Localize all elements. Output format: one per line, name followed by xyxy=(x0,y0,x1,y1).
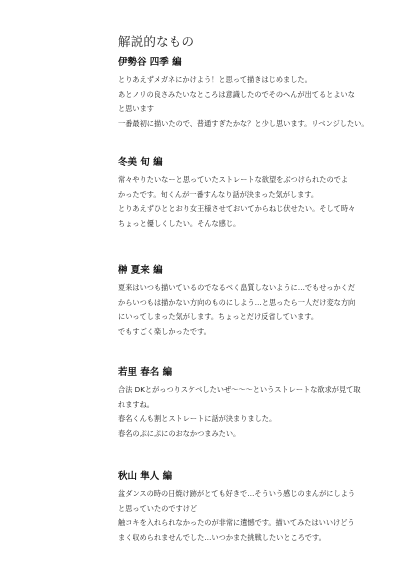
section-line: ちょっと優しくしたい。そんな感じ。 xyxy=(118,217,393,232)
section-line: かったです。旬くんが一番すんなり話が決まった気がします。 xyxy=(118,188,393,203)
section-heading: 若里 春名 編 xyxy=(118,364,393,378)
section-heading: 伊勢谷 四季 編 xyxy=(118,54,393,68)
section-line: にいってしまった気がします。ちょっとだけ反省しています。 xyxy=(118,310,393,325)
section-akiyama-hayato: 秋山 隼人 編 盆ダンスの時の日焼け跡がとても好きで…そういう感じのまんがにしよ… xyxy=(118,468,393,545)
section-line: 夏来はいつも描いているのでなるべく畠質しないように…でもせっかくだ xyxy=(118,281,393,296)
section-heading: 秋山 隼人 編 xyxy=(118,468,393,482)
section-line: 触コキを入れられなかったのが非常に遺憾です。描いてみたはいいけどう xyxy=(118,516,393,531)
section-fuyumi-jun: 冬美 旬 編 常々やりたいなーと思っていたストレートな欲望をぶつけられたのでよ … xyxy=(118,154,393,231)
section-line: 常々やりたいなーと思っていたストレートな欲望をぶつけられたのでよ xyxy=(118,173,393,188)
section-line: 春名のぷにぷにのおなかつまみたい。 xyxy=(118,427,393,442)
section-line: まく収められませんでした…いつかまた挑戦したいところです。 xyxy=(118,531,393,546)
section-wakazato-haruna: 若里 春名 編 合法 DKとがっつりスケベしたいぜ〜〜〜というストレートな欲求が… xyxy=(118,364,393,441)
section-sakaki-natsuki: 榊 夏来 編 夏来はいつも描いているのでなるべく畠質しないように…でもせっかくだ… xyxy=(118,262,393,339)
document-page: 解説的なもの 伊勢谷 四季 編 とりあえずメガネにかけよう！と思って描きはじめま… xyxy=(118,32,393,60)
section-line: と思います xyxy=(118,102,393,117)
section-line: と思っていたのですけど xyxy=(118,502,393,517)
section-line: 春名くんも割とストレートに話が決まりました。 xyxy=(118,412,393,427)
section-line: あとノリの良さみたいなところは意識したのでそのへんが出てるとよいな xyxy=(118,88,393,103)
section-heading: 冬美 旬 編 xyxy=(118,154,393,168)
section-line: れますね。 xyxy=(118,398,393,413)
section-line: からいつもは描かない方向のものにしよう…と思ったら一人だけ変な方向 xyxy=(118,296,393,311)
section-line: でもすごく楽しかったです。 xyxy=(118,325,393,340)
section-line: とりあえずメガネにかけよう！と思って描きはじめました。 xyxy=(118,73,393,88)
section-line: 盆ダンスの時の日焼け跡がとても好きで…そういう感じのまんがにしよう xyxy=(118,487,393,502)
section-iseya-shiki: 伊勢谷 四季 編 とりあえずメガネにかけよう！と思って描きはじめました。 あとノ… xyxy=(118,54,393,131)
section-line: 一番最初に描いたので、普通すぎたかな？と少し思います。リベンジしたい。 xyxy=(118,117,393,132)
page-title: 解説的なもの xyxy=(118,32,393,50)
section-line: 合法 DKとがっつりスケベしたいぜ〜〜〜というストレートな欲求が見て取 xyxy=(118,383,393,398)
section-heading: 榊 夏来 編 xyxy=(118,262,393,276)
section-line: とりあえずひととおり女王様させておいてからねじ伏せたい。そして時々 xyxy=(118,202,393,217)
